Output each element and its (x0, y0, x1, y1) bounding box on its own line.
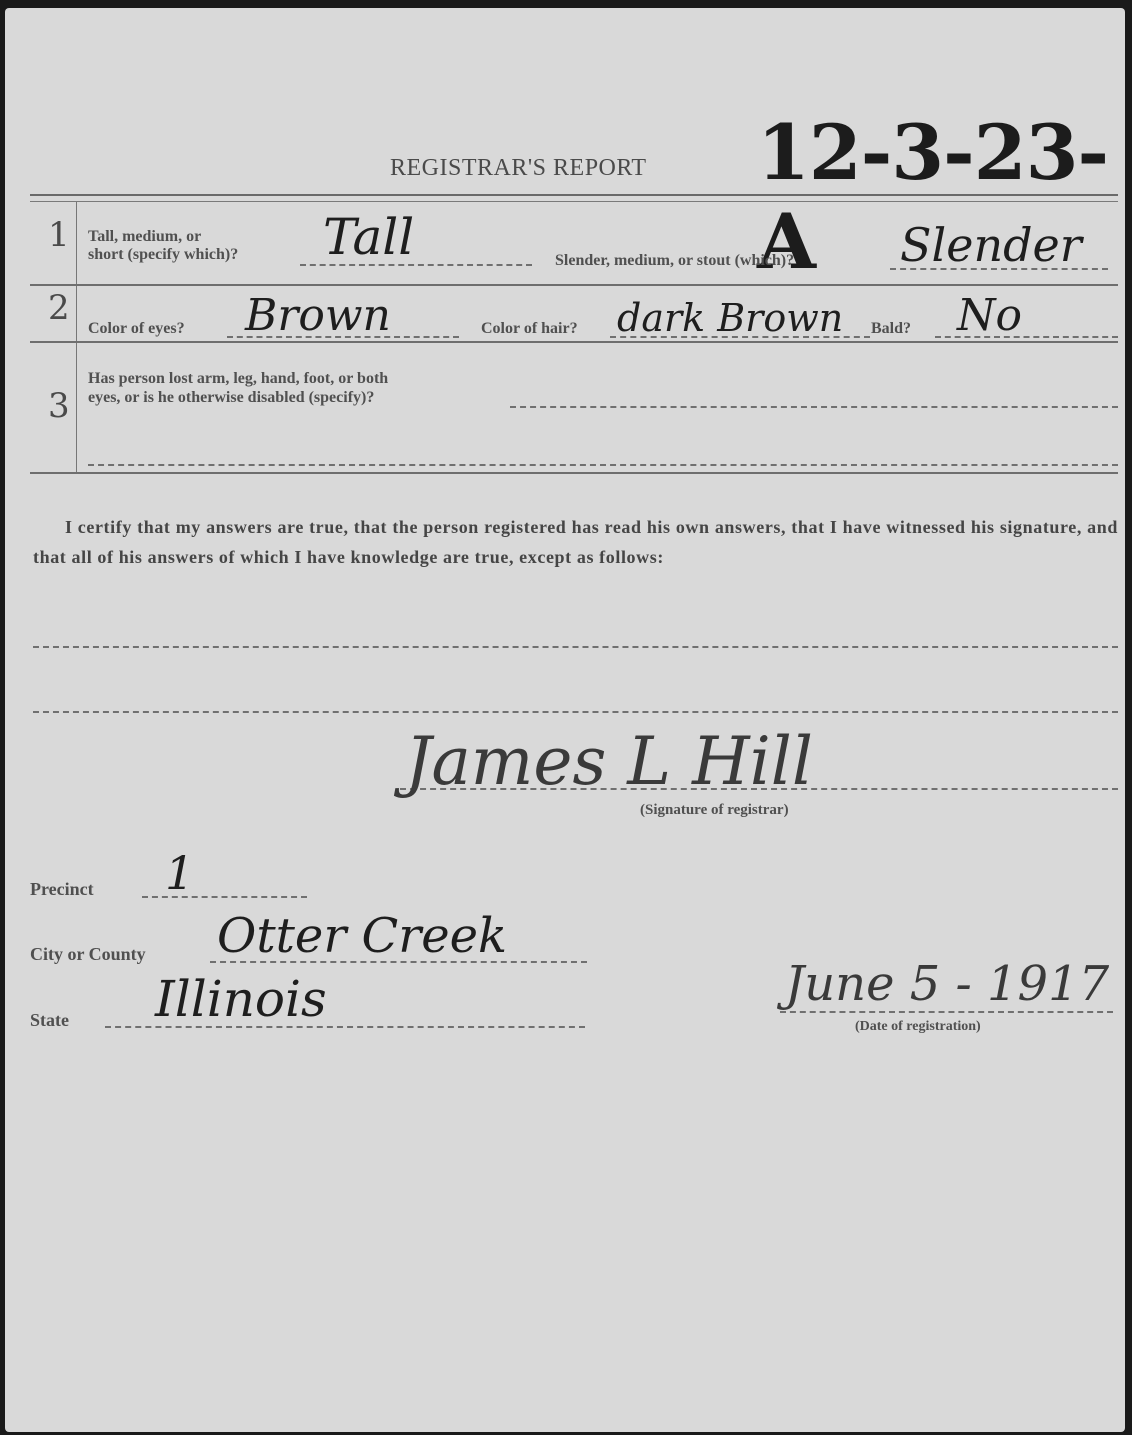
height-question-line1: Tall, medium, or (88, 228, 201, 246)
hair-color-answer[interactable]: dark Brown (617, 296, 843, 340)
state-label: State (30, 1011, 69, 1029)
precinct-label: Precinct (30, 880, 94, 898)
disability-answer-line-2[interactable] (88, 464, 1118, 466)
signature-caption: (Signature of registrar) (640, 802, 789, 819)
build-question: Slender, medium, or stout (which)? (555, 252, 794, 270)
city-county-value[interactable]: Otter Creek (217, 908, 507, 964)
header-double-rule (30, 194, 1118, 202)
disability-question-line1: Has person lost arm, leg, hand, foot, or… (88, 370, 388, 388)
bald-question: Bald? (871, 320, 911, 338)
hair-color-question: Color of hair? (481, 320, 578, 338)
row-number-1: 1 (48, 215, 70, 255)
registration-date[interactable]: June 5 - 1917 (785, 956, 1109, 1012)
bald-answer[interactable]: No (957, 290, 1022, 341)
date-caption: (Date of registration) (855, 1019, 981, 1035)
precinct-value[interactable]: 1 (165, 846, 194, 900)
city-county-label: City or County (30, 945, 146, 963)
height-answer[interactable]: Tall (323, 208, 414, 266)
registrars-report-card: REGISTRAR'S REPORT 12-3-23-A 1 Tall, med… (5, 8, 1125, 1432)
disability-answer-line-1[interactable] (510, 406, 1118, 408)
eye-color-answer[interactable]: Brown (245, 290, 391, 341)
exception-line-1[interactable] (33, 646, 1118, 648)
exception-line-2[interactable] (33, 711, 1118, 713)
eye-color-question: Color of eyes? (88, 320, 185, 338)
report-title: REGISTRAR'S REPORT (390, 155, 647, 182)
row-number-2: 2 (48, 288, 70, 328)
row-divider-3 (30, 472, 1118, 474)
row-number-divider (76, 202, 77, 472)
row-number-3: 3 (48, 386, 70, 426)
registrar-signature[interactable]: James L Hill (405, 723, 813, 800)
disability-question-line2: eyes, or is he otherwise disabled (speci… (88, 389, 374, 407)
build-answer[interactable]: Slender (900, 218, 1082, 272)
row-divider-1 (30, 284, 1118, 286)
state-value[interactable]: Illinois (155, 970, 327, 1028)
certification-statement: I certify that my answers are true, that… (33, 512, 1118, 572)
row-divider-2 (30, 341, 1118, 343)
height-question-line2: short (specify which)? (88, 246, 238, 264)
